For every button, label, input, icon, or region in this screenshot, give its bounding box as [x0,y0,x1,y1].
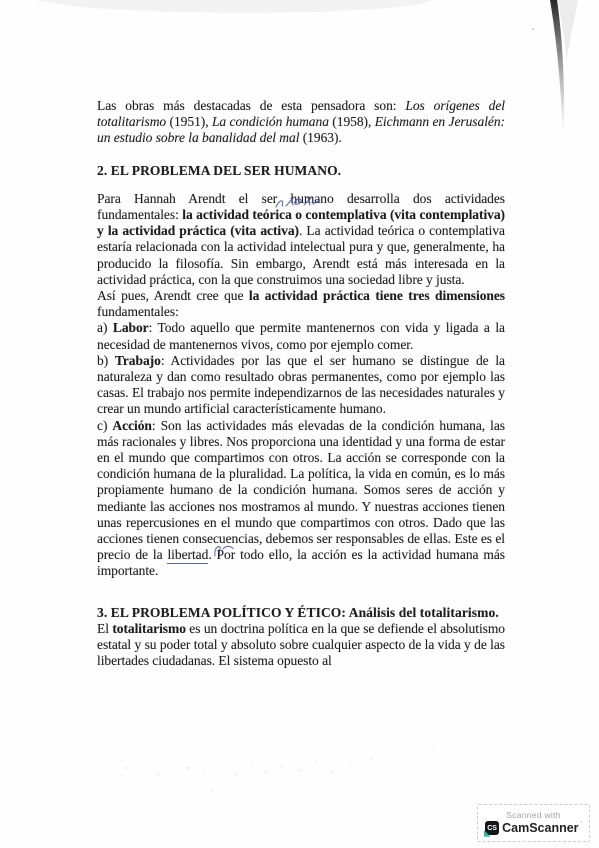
section-heading: 2. EL PROBLEMA DEL SER HUMANO. [97,163,505,179]
text-segment: : Todo aquello que permite mantenernos c… [97,320,505,351]
scanned-document-page: Las obras más destacadas de esta pensado… [0,0,599,848]
text-segment: (1951), [166,114,212,129]
page-curl-shadow [557,0,578,62]
page-curl-artifact [550,0,564,132]
paragraph: Así pues, Arendt cree que la actividad p… [97,288,505,320]
text-segment: b) [97,353,115,368]
text-segment: La condición humana [212,114,329,129]
paragraph: a) Labor: Todo aquello que permite mante… [97,320,505,352]
text-segment: totalitarismo [112,621,186,636]
text-segment: (1963). [299,130,341,145]
text-segment: Las obras más destacadas de esta pensado… [97,98,405,113]
document-text: Las obras más destacadas de esta pensado… [97,98,505,670]
scan-noise-speckles [111,744,434,791]
camscanner-wordmark: CamScanner [502,822,578,835]
text-segment: a) [97,320,113,335]
top-edge-smudge [38,0,432,13]
text-segment: Acción [112,418,151,433]
paragraph: El totalitarismo es un doctrina política… [97,621,505,670]
text-segment: fundamentales: [97,304,179,319]
paragraph: c) Acción: Son las actividades más eleva… [97,418,505,580]
annotated-text-ink-flick: . [208,547,211,562]
text-segment: c) [97,418,112,433]
scan-speck [532,28,534,30]
text-segment: 3. EL PROBLEMA POLÍTICO Y ÉTICO: Análisi… [97,605,499,620]
camscanner-brand-row: CS CamScanner ' [485,821,582,835]
section-heading: 3. EL PROBLEMA POLÍTICO Y ÉTICO: Análisi… [97,605,505,621]
camscanner-badge: Scanned with CS CamScanner ' [477,804,590,842]
text-segment: : Son las actividades más elevadas de la… [97,418,505,546]
camscanner-logo-icon: CS [485,821,499,835]
text-segment: (1958), [329,114,375,129]
text-segment: Así pues, Arendt cree que [97,288,249,303]
annotated-text-ink-underline: libertad [167,547,208,564]
logo-letters: CS [487,825,497,832]
paragraph: b) Trabajo: Actividades por las que el s… [97,353,505,418]
text-segment: 2. EL PROBLEMA DEL SER HUMANO. [97,163,341,178]
paragraph: Para Hannah Arendt el ser humano desarro… [97,191,505,288]
text-segment: la actividad [182,207,252,222]
text-segment: Trabajo [115,353,161,368]
annotated-text-tick-under: consecuencias [182,531,259,546]
text-segment: Labor [113,320,149,335]
trademark-tick: ' [581,821,582,828]
scanned-with-label: Scanned with [506,811,561,820]
annotated-text-scribble-above: teórica o [252,207,302,222]
text-segment: la actividad práctica tiene tres dimensi… [249,288,505,303]
paragraph: Las obras más destacadas de esta pensado… [97,98,505,147]
text-segment: El [97,621,112,636]
